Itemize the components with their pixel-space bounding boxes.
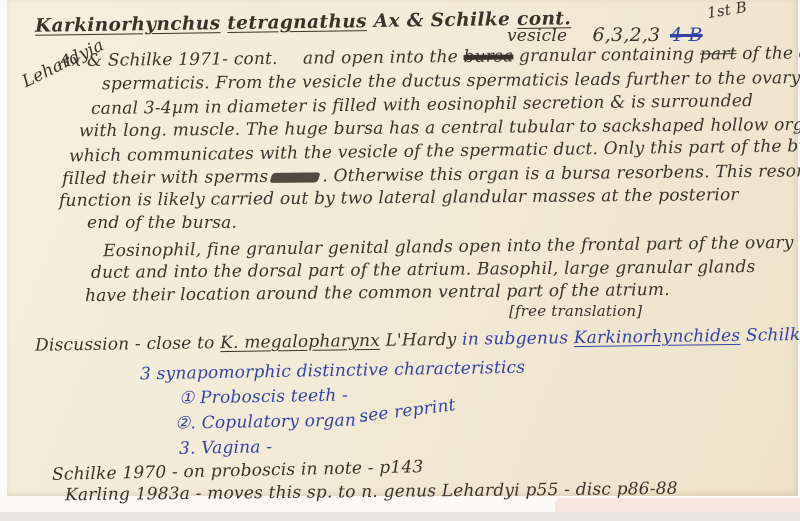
- manuscript-line-3: canal 3-4µm in diameter is filled with e…: [91, 91, 753, 119]
- struck-word: part: [700, 44, 737, 64]
- genus-name: Karkinorhynchus: [35, 13, 221, 37]
- species-name: tetragnathus: [227, 11, 367, 34]
- manuscript-line-2: spermaticis. From the vesicle the ductus…: [102, 68, 800, 94]
- compared-species-authority: L'Hardy: [385, 330, 456, 351]
- body-text: granular containing: [519, 45, 694, 67]
- title-line: Karkinorhynchus tetragnathus Ax & Schilk…: [35, 8, 571, 36]
- discussion-line: Discussion - close to K. megalopharynx L…: [35, 324, 800, 355]
- body-text: . Otherwise this organ is a bursa resorb…: [322, 161, 800, 186]
- top-right-note: vesicle 6,3,2,3 4 B: [507, 24, 703, 46]
- list-item-2: ②. Copulatory organ -: [175, 410, 368, 433]
- manuscript-line-7: function is likely carried out by two la…: [59, 185, 739, 211]
- body-text: filled their with sperms: [62, 167, 269, 189]
- reference-text: Karling 1983a - moves this sp. to n. gen…: [65, 481, 436, 505]
- vesicle-label: vesicle: [507, 26, 567, 46]
- subgenus-lead: in subgenus: [462, 328, 568, 349]
- list-item-2-note: see reprint: [358, 395, 457, 427]
- reference-numbers: 6,3,2,3: [592, 24, 660, 46]
- scribbled-word: bursa: [463, 46, 513, 67]
- new-genus-name: Lehardyi: [442, 480, 520, 501]
- discussion-lead: Discussion - close to: [35, 333, 215, 356]
- manuscript-line-1: Ax & Schilke 1971- cont. and open into t…: [59, 43, 800, 71]
- index-card: Karkinorhynchus tetragnathus Ax & Schilk…: [7, 0, 798, 496]
- scan-edge: [0, 512, 800, 521]
- list-item-3: 3. Vagina -: [179, 437, 273, 459]
- compared-species: K. megalopharynx: [220, 331, 380, 353]
- subgenus-name: Karkinorhynchides: [574, 326, 741, 348]
- manuscript-line-8: end of the bursa.: [87, 213, 237, 233]
- ink-scribble: [270, 172, 321, 183]
- subgenus-authority: Schilke 197: [746, 324, 800, 345]
- revised-note: 1st B: [706, 0, 748, 22]
- list-item-1: ① Proboscis teeth -: [179, 386, 348, 409]
- synapomorphy-heading: 3 synapomorphic distinctive characterist…: [140, 358, 526, 385]
- reference-schilke-1970: Schilke 1970 - on proboscis in note - p1…: [52, 457, 424, 485]
- source-citation: Ax & Schilke 1971- cont.: [59, 49, 278, 71]
- body-text: and open into the: [303, 47, 458, 69]
- manuscript-line-10: duct and into the dorsal part of the atr…: [91, 257, 756, 283]
- body-text: of the ductus: [742, 43, 800, 64]
- struck-note: 4 B: [670, 24, 703, 46]
- translation-note: [free translation]: [509, 302, 642, 320]
- authority-name: Ax & Schilke: [374, 9, 511, 32]
